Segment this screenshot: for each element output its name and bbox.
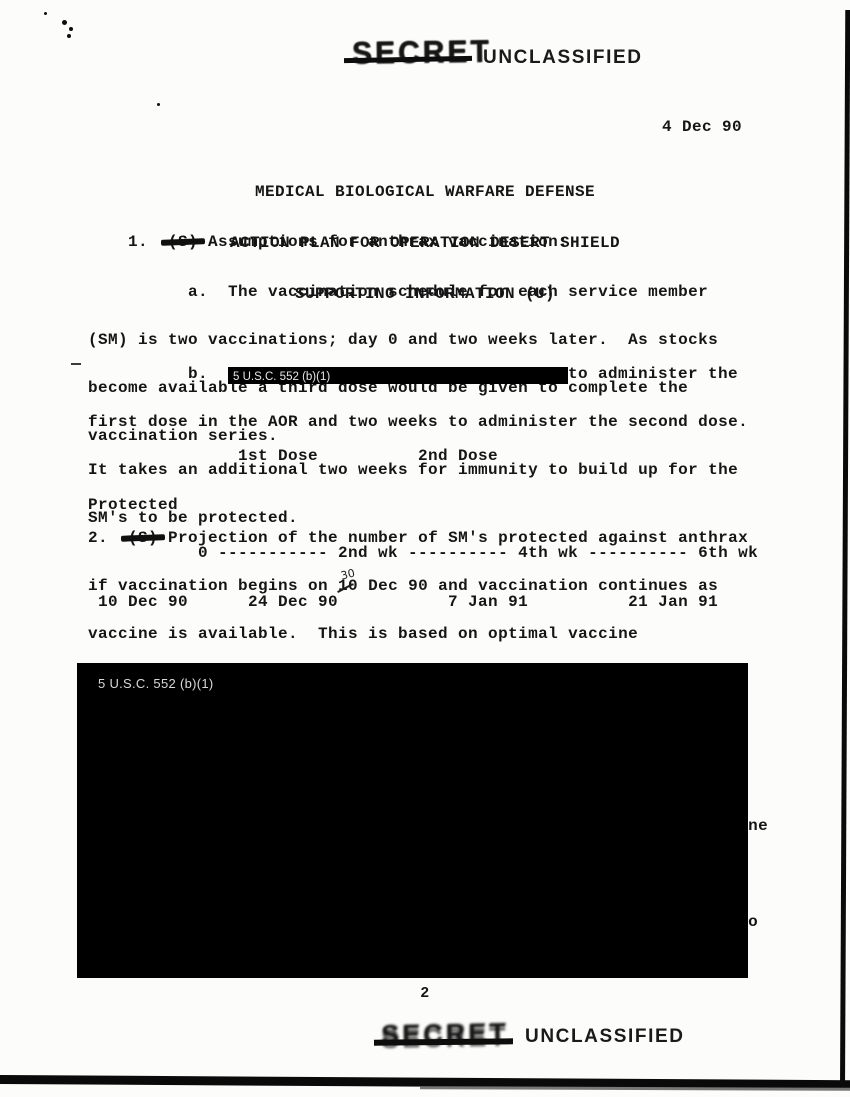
scan-speckle (69, 27, 73, 31)
title-line: MEDICAL BIOLOGICAL WARFARE DEFENSE (0, 184, 850, 201)
document-date: 4 Dec 90 (662, 119, 742, 135)
paragraph-1-text: Assumptions for anthrax vaccination: (198, 233, 568, 251)
text-line-with-redaction: b. 5 U.S.C. 552 (b)(1)to administer the (88, 366, 748, 382)
secret-stamp-footer: SECRET (381, 1018, 509, 1051)
text-segment: Dec 90 and vaccination continues as (358, 577, 718, 595)
scan-speckle (67, 34, 71, 38)
text-segment: to administer the (568, 365, 738, 383)
scan-speckle (44, 12, 47, 15)
handwritten-margin-mark (71, 363, 81, 365)
redaction-block-large: 5 U.S.C. 552 (b)(1) (77, 663, 748, 978)
text-line-with-annotation: if vaccination begins on 1030 Dec 90 and… (88, 578, 768, 594)
redaction-box-inline: 5 U.S.C. 552 (b)(1) (228, 367, 568, 384)
classification-marking-struck: (S) (128, 530, 158, 546)
text-segment: b. (88, 365, 228, 383)
scan-edge-band-shadow (420, 1086, 850, 1091)
timeline-dose-header: 1st Dose 2nd Dose (88, 448, 758, 465)
unclassified-stamp-footer: UNCLASSIFIED (525, 1026, 685, 1048)
page-number: 2 (0, 986, 850, 1002)
text-segment: if vaccination begins on (88, 577, 338, 595)
corrected-date: 1030 (338, 578, 358, 594)
redaction-exemption-label: 5 U.S.C. 552 (b)(1) (233, 371, 330, 383)
redaction-exemption-label: 5 U.S.C. 552 (b)(1) (98, 676, 214, 691)
text-segment: Projection of the number of SM's protect… (158, 529, 748, 547)
handwritten-correction: 30 (339, 566, 356, 585)
text-line: a. The vaccination schedule for each ser… (88, 284, 718, 300)
secret-stamp-header: SECRET (352, 34, 492, 71)
document-page: SECRET UNCLASSIFIED 4 Dec 90 MEDICAL BIO… (0, 0, 850, 1097)
text-line: 2. (S) Projection of the number of SM's … (88, 530, 768, 546)
text-line: vaccine is available. This is based on o… (88, 626, 768, 642)
scan-speckle (157, 103, 160, 106)
classification-marking-struck: (S) (168, 234, 198, 250)
unclassified-stamp-header: UNCLASSIFIED (483, 47, 643, 69)
scan-speckle (62, 20, 67, 25)
